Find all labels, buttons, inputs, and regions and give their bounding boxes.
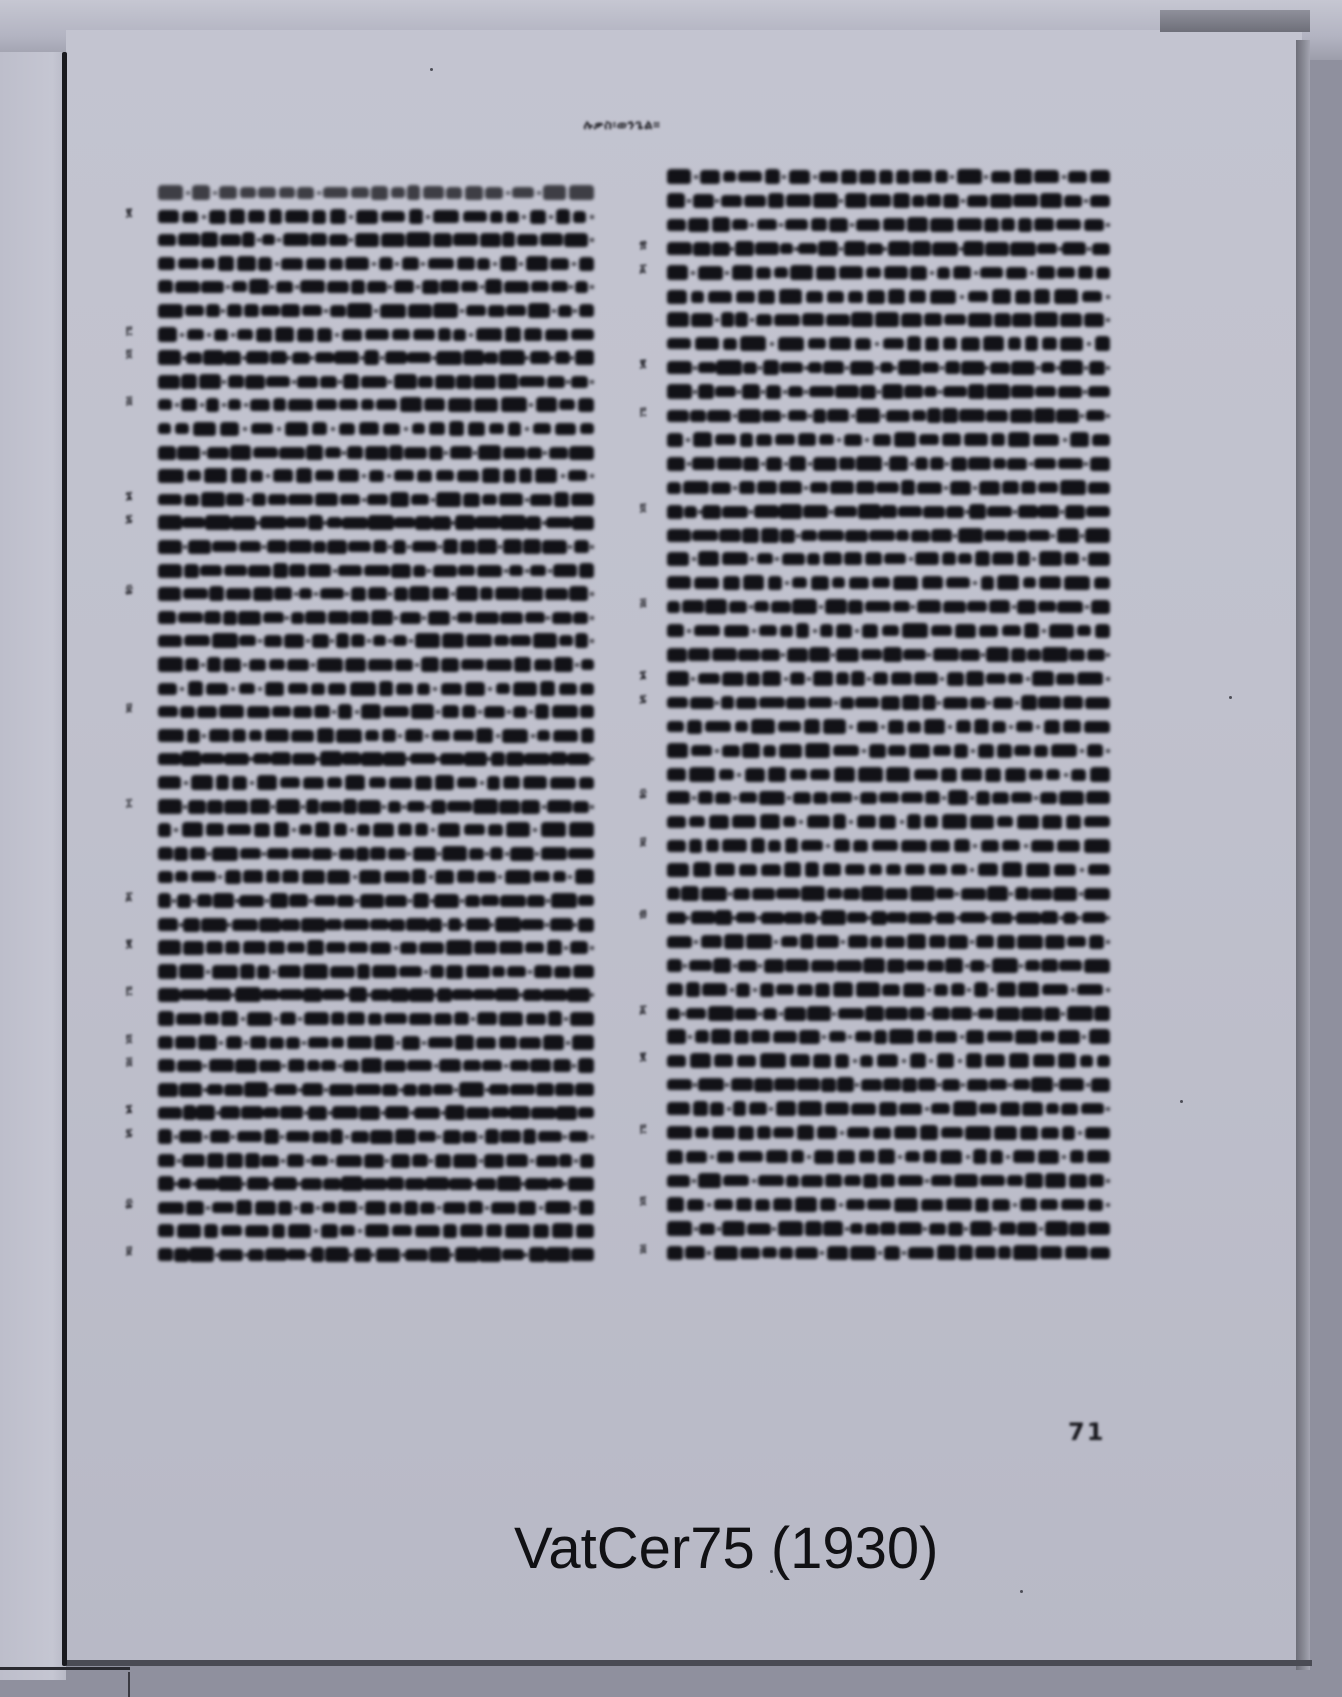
dust-speck: [1229, 696, 1232, 699]
facing-page-bottom-edge: [0, 1667, 130, 1670]
verse-number: ፪: [122, 206, 136, 220]
verse-number: ፰: [122, 1197, 136, 1211]
text-line: [667, 813, 1110, 830]
text-line: [667, 1220, 1110, 1237]
text-line: [667, 431, 1110, 448]
text-line: [158, 656, 594, 673]
text-line: [667, 192, 1110, 209]
verse-number: ፭: [636, 596, 650, 610]
text-line: [667, 550, 1110, 567]
text-line: [158, 1199, 594, 1216]
text-line: [158, 1104, 594, 1121]
text-line: [158, 538, 594, 555]
verse-number: ፱: [122, 1244, 136, 1258]
verse-number: ፩: [122, 890, 136, 904]
dust-speck: [430, 68, 433, 71]
text-line: [158, 562, 594, 579]
verse-number: ፩: [636, 262, 650, 276]
text-line: [158, 892, 594, 909]
text-line: [158, 727, 594, 744]
text-line: [158, 632, 594, 649]
text-line: [667, 1196, 1110, 1213]
verse-number: ፫: [636, 405, 650, 419]
text-line: [667, 288, 1110, 305]
text-line: [158, 798, 594, 815]
text-line: [667, 383, 1110, 400]
text-line: [667, 670, 1110, 687]
text-line: [667, 861, 1110, 878]
running-header: ሉቃስ፡ወንጌል።: [582, 118, 662, 134]
text-line: [667, 574, 1110, 591]
verse-number: ፮: [122, 489, 136, 503]
verse-number: ፬: [122, 1032, 136, 1046]
dust-speck: [770, 1570, 773, 1573]
text-line: [158, 1010, 594, 1027]
verse-number: ፭: [122, 394, 136, 408]
page-stack-top-edge: [1160, 10, 1310, 32]
text-line: [158, 1152, 594, 1169]
text-line: [667, 407, 1110, 424]
verse-number: ፮: [122, 1102, 136, 1116]
text-line: [158, 396, 594, 413]
verse-number: ፭: [636, 1242, 650, 1256]
text-line: [158, 1128, 594, 1145]
verse-number: ፪: [122, 937, 136, 951]
verse-number: ፬: [122, 347, 136, 361]
text-line: [667, 837, 1110, 854]
text-line: [158, 821, 594, 838]
text-line: [158, 444, 594, 461]
text-line: [667, 1244, 1110, 1261]
text-line: [667, 1028, 1110, 1045]
verse-number: ፭: [122, 1055, 136, 1069]
text-line: [667, 1052, 1110, 1069]
page-number: 71: [1068, 1418, 1105, 1446]
text-line: [667, 718, 1110, 735]
text-line: [667, 240, 1110, 257]
text-line: [667, 789, 1110, 806]
text-line: [158, 963, 594, 980]
text-line: [667, 168, 1110, 185]
page-bottom-edge: [66, 1660, 1312, 1666]
text-line: [158, 868, 594, 885]
text-line: [667, 527, 1110, 544]
text-line: [667, 1100, 1110, 1117]
verse-number: ፬: [636, 501, 650, 515]
text-line: [158, 774, 594, 791]
text-line: [158, 609, 594, 626]
text-line: [158, 1034, 594, 1051]
verse-number: ፮: [636, 668, 650, 682]
verse-number: ፴: [636, 907, 650, 921]
text-line: [158, 585, 594, 602]
verse-number: ፬: [636, 1194, 650, 1208]
text-line: [158, 184, 594, 201]
text-line: [158, 302, 594, 319]
page-stack-right-edge: [1296, 40, 1310, 1670]
verse-number: ፯: [122, 1126, 136, 1140]
verse-number: ፪: [636, 1050, 650, 1064]
verse-number: ፱: [636, 835, 650, 849]
text-line: [158, 231, 594, 248]
dust-speck: [1020, 1590, 1023, 1593]
text-line: [667, 311, 1110, 328]
text-line: [667, 766, 1110, 783]
text-line: [158, 208, 594, 225]
text-line: [667, 479, 1110, 496]
text-line: [158, 680, 594, 697]
text-line: [667, 1148, 1110, 1165]
text-line: [158, 986, 594, 1003]
text-line: [667, 1005, 1110, 1022]
text-line: [667, 503, 1110, 520]
verse-number: ፲: [122, 796, 136, 810]
facing-page-edge: [0, 52, 66, 1680]
text-line: [158, 349, 594, 366]
text-line: [667, 885, 1110, 902]
text-line: [158, 326, 594, 343]
text-line: [667, 1124, 1110, 1141]
text-line: [158, 750, 594, 767]
verse-number: ፯: [122, 512, 136, 526]
text-line: [667, 598, 1110, 615]
verse-number: ፫: [122, 984, 136, 998]
text-line: [158, 373, 594, 390]
text-line: [667, 742, 1110, 759]
verse-number: ፫: [122, 324, 136, 338]
text-line: [158, 255, 594, 272]
text-line: [667, 1172, 1110, 1189]
verse-number: ፪: [636, 357, 650, 371]
text-line: [158, 1081, 594, 1098]
text-line: [158, 845, 594, 862]
text-line: [158, 1222, 594, 1239]
text-line: [667, 957, 1110, 974]
text-line: [158, 491, 594, 508]
text-line: [667, 622, 1110, 639]
text-line: [158, 420, 594, 437]
text-line: [667, 359, 1110, 376]
text-line: [667, 216, 1110, 233]
verse-number: ፰: [122, 583, 136, 597]
text-line: [667, 981, 1110, 998]
verse-number: ፯: [636, 692, 650, 706]
verse-number: ፩: [636, 1003, 650, 1017]
text-line: [667, 264, 1110, 281]
text-line: [158, 514, 594, 531]
dust-speck: [1180, 1100, 1183, 1103]
text-line: [667, 933, 1110, 950]
text-line: [158, 278, 594, 295]
verse-number: ፰: [636, 787, 650, 801]
text-line: [667, 335, 1110, 352]
verse-number: ፱: [122, 701, 136, 715]
verse-number: ፫: [636, 1122, 650, 1136]
image-caption: VatCer75 (1930): [514, 1515, 939, 1582]
text-line: [667, 455, 1110, 472]
text-line: [667, 1076, 1110, 1093]
text-line: [158, 467, 594, 484]
text-line: [158, 703, 594, 720]
text-line: [158, 1246, 594, 1263]
text-line: [667, 646, 1110, 663]
book-spine-rule: [62, 52, 67, 1666]
verse-number: ፳: [636, 238, 650, 252]
text-line: [158, 939, 594, 956]
text-line: [158, 916, 594, 933]
scan-frame-tick: [128, 1672, 130, 1697]
text-line: [667, 909, 1110, 926]
text-line: [158, 1175, 594, 1192]
text-line: [667, 694, 1110, 711]
text-line: [158, 1057, 594, 1074]
